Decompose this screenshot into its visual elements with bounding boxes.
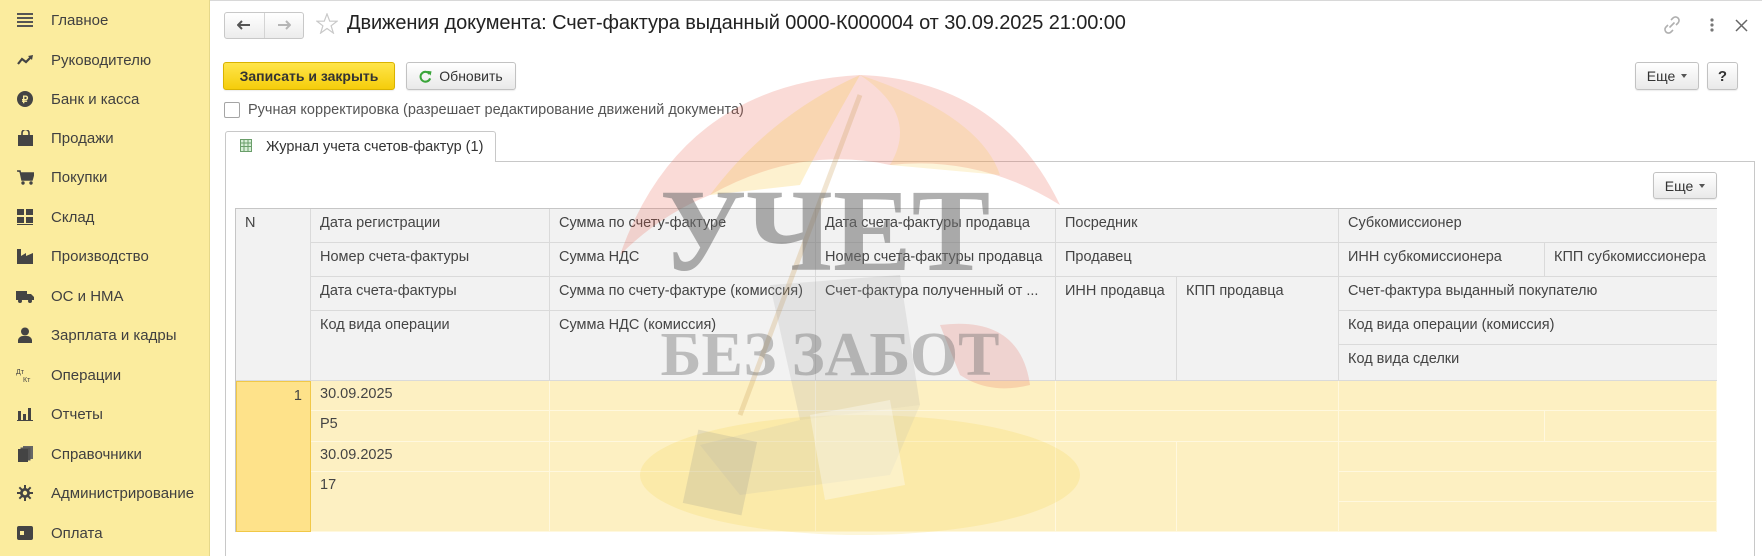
back-button[interactable] bbox=[225, 13, 264, 38]
sidebar-item-administration[interactable]: Администрирование bbox=[0, 474, 209, 512]
favorite-star-icon[interactable] bbox=[316, 13, 338, 38]
cell-subcommissioner-kpp[interactable] bbox=[1545, 411, 1717, 442]
cell-received-invoice[interactable] bbox=[816, 442, 1056, 532]
chevron-down-icon bbox=[1681, 74, 1687, 78]
page-title: Движения документа: Счет-фактура выданны… bbox=[347, 12, 1126, 35]
person-icon bbox=[16, 326, 34, 344]
cart-icon bbox=[16, 168, 34, 186]
cell-invoice-amount-commission[interactable] bbox=[550, 442, 816, 472]
sidebar-item-label: Склад bbox=[51, 209, 94, 226]
cell-registration-date[interactable]: 30.09.2025 bbox=[311, 381, 550, 411]
cell-buyer-invoice[interactable] bbox=[1339, 442, 1717, 472]
svg-text:Дт: Дт bbox=[16, 369, 25, 376]
warehouse-icon bbox=[16, 208, 34, 226]
refresh-button[interactable]: Обновить bbox=[406, 62, 516, 90]
cell-subcommissioner[interactable] bbox=[1339, 381, 1717, 411]
dt-kt-icon: ДтКт bbox=[16, 366, 34, 384]
manual-edit-checkbox[interactable] bbox=[224, 102, 240, 118]
cell-invoice-amount[interactable] bbox=[550, 381, 816, 411]
books-icon bbox=[16, 445, 34, 463]
table-icon bbox=[240, 139, 252, 156]
header-registration-date[interactable]: Дата регистрации bbox=[311, 209, 550, 243]
sidebar-item-label: Справочники bbox=[51, 446, 142, 463]
wallet-icon bbox=[16, 524, 34, 542]
header-n[interactable]: N bbox=[236, 209, 311, 381]
gear-icon bbox=[16, 484, 34, 502]
trend-icon bbox=[16, 51, 34, 69]
close-icon[interactable] bbox=[1733, 15, 1749, 35]
cell-invoice-number[interactable]: Р5 bbox=[311, 411, 550, 442]
sidebar-item-label: Зарплата и кадры bbox=[51, 327, 177, 344]
header-buyer-invoice[interactable]: Счет-фактура выданный покупателю bbox=[1339, 277, 1717, 311]
sidebar-item-operations[interactable]: ДтКт Операции bbox=[0, 356, 209, 394]
factory-icon bbox=[16, 247, 34, 265]
sidebar-item-label: Банк и касса bbox=[51, 91, 139, 108]
menu-icon bbox=[16, 11, 34, 29]
sidebar-item-label: Покупки bbox=[51, 169, 107, 186]
shopping-bag-icon bbox=[16, 129, 34, 147]
more-vertical-icon[interactable] bbox=[1706, 15, 1718, 35]
header-operation-code-commission[interactable]: Код вида операции (комиссия) bbox=[1339, 311, 1717, 345]
cell-operation-code[interactable]: 17 bbox=[311, 472, 550, 532]
header-seller-kpp[interactable]: КПП продавца bbox=[1177, 277, 1339, 381]
row-number-cell[interactable]: 1 bbox=[236, 381, 311, 532]
ruble-icon: ₽ bbox=[16, 90, 34, 108]
cell-seller-inn[interactable] bbox=[1056, 442, 1177, 532]
svg-text:₽: ₽ bbox=[22, 95, 29, 106]
more-button[interactable]: Еще bbox=[1635, 62, 1699, 90]
header-invoice-date[interactable]: Дата счета-фактуры bbox=[311, 277, 550, 311]
sidebar: Главное Руководителю ₽ Банк и касса Прод… bbox=[0, 0, 210, 556]
header-intermediary[interactable]: Посредник bbox=[1056, 209, 1339, 243]
sidebar-item-label: Операции bbox=[51, 367, 121, 384]
sidebar-item-label: Руководителю bbox=[51, 52, 151, 69]
header-seller-invoice-date[interactable]: Дата счета-фактуры продавца bbox=[816, 209, 1056, 243]
sidebar-item-director[interactable]: Руководителю bbox=[0, 41, 209, 79]
cell-seller[interactable] bbox=[1056, 411, 1339, 442]
manual-edit-checkbox-row[interactable]: Ручная корректировка (разрешает редактир… bbox=[224, 102, 744, 118]
sidebar-item-label: Администрирование bbox=[51, 485, 194, 502]
header-subcommissioner-inn[interactable]: ИНН субкомиссионера bbox=[1339, 243, 1545, 277]
chevron-down-icon bbox=[1699, 184, 1705, 188]
header-subcommissioner[interactable]: Субкомиссионер bbox=[1339, 209, 1717, 243]
sidebar-item-main[interactable]: Главное bbox=[0, 1, 209, 39]
sidebar-item-reports[interactable]: Отчеты bbox=[0, 395, 209, 433]
sidebar-item-directories[interactable]: Справочники bbox=[0, 435, 209, 473]
sidebar-item-label: Оплата bbox=[51, 525, 103, 542]
header-invoice-amount-commission[interactable]: Сумма по счету-фактуре (комиссия) bbox=[550, 277, 816, 311]
header-vat-amount[interactable]: Сумма НДС bbox=[550, 243, 816, 277]
cell-vat-amount[interactable] bbox=[550, 411, 816, 442]
header-operation-code[interactable]: Код вида операции bbox=[311, 311, 550, 381]
sidebar-item-label: Главное bbox=[51, 12, 108, 29]
refresh-label: Обновить bbox=[439, 68, 502, 84]
header-received-invoice[interactable]: Счет-фактура полученный от ... bbox=[816, 277, 1056, 381]
sidebar-item-bank[interactable]: ₽ Банк и касса bbox=[0, 80, 209, 118]
help-button[interactable]: ? bbox=[1707, 62, 1738, 90]
tab-label: Журнал учета счетов-фактур (1) bbox=[266, 139, 483, 155]
header-deal-code[interactable]: Код вида сделки bbox=[1339, 345, 1717, 381]
sidebar-item-label: Производство bbox=[51, 248, 149, 265]
save-and-close-button[interactable]: Записать и закрыть bbox=[223, 62, 395, 90]
header-vat-commission[interactable]: Сумма НДС (комиссия) bbox=[550, 311, 816, 381]
navigation-group bbox=[224, 12, 304, 39]
cell-intermediary[interactable] bbox=[1056, 381, 1339, 411]
sidebar-item-fixed-assets[interactable]: ОС и НМА bbox=[0, 277, 209, 315]
cell-vat-commission[interactable] bbox=[550, 472, 816, 532]
panel-more-button[interactable]: Еще bbox=[1653, 172, 1717, 199]
sidebar-item-production[interactable]: Производство bbox=[0, 237, 209, 275]
cell-invoice-date[interactable]: 30.09.2025 bbox=[311, 442, 550, 472]
header-seller-invoice-number[interactable]: Номер счета-фактуры продавца bbox=[816, 243, 1056, 277]
panel-more-label: Еще bbox=[1665, 178, 1694, 194]
cell-operation-code-commission[interactable] bbox=[1339, 472, 1717, 502]
sidebar-item-sales[interactable]: Продажи bbox=[0, 119, 209, 157]
sidebar-item-salary[interactable]: Зарплата и кадры bbox=[0, 316, 209, 354]
sidebar-item-label: ОС и НМА bbox=[51, 288, 124, 305]
bar-chart-icon bbox=[16, 405, 34, 423]
sidebar-item-payment[interactable]: Оплата bbox=[0, 514, 209, 552]
sidebar-item-label: Продажи bbox=[51, 130, 114, 147]
cell-seller-invoice-date[interactable] bbox=[816, 381, 1056, 411]
cell-seller-kpp[interactable] bbox=[1177, 442, 1339, 532]
cell-seller-invoice-number[interactable] bbox=[816, 411, 1056, 442]
svg-text:Кт: Кт bbox=[23, 377, 31, 383]
header-seller[interactable]: Продавец bbox=[1056, 243, 1339, 277]
header-seller-inn[interactable]: ИНН продавца bbox=[1056, 277, 1177, 381]
header-subcommissioner-kpp[interactable]: КПП субкомиссионера bbox=[1545, 243, 1717, 277]
truck-icon bbox=[16, 287, 34, 305]
header-invoice-number[interactable]: Номер счета-фактуры bbox=[311, 243, 550, 277]
cell-subcommissioner-inn[interactable] bbox=[1339, 411, 1545, 442]
sidebar-item-purchases[interactable]: Покупки bbox=[0, 158, 209, 196]
sidebar-item-warehouse[interactable]: Склад bbox=[0, 198, 209, 236]
forward-button[interactable] bbox=[264, 13, 303, 38]
tab-invoice-journal[interactable]: Журнал учета счетов-фактур (1) bbox=[225, 131, 496, 162]
header-invoice-amount[interactable]: Сумма по счету-фактуре bbox=[550, 209, 816, 243]
manual-edit-label: Ручная корректировка (разрешает редактир… bbox=[248, 102, 744, 118]
register-grid[interactable]: N Дата регистрации Номер счета-фактуры Д… bbox=[235, 208, 1717, 532]
more-label: Еще bbox=[1647, 68, 1676, 84]
refresh-icon bbox=[419, 70, 432, 83]
link-icon[interactable] bbox=[1662, 15, 1682, 35]
sidebar-item-label: Отчеты bbox=[51, 406, 103, 423]
back-arrow-icon bbox=[237, 17, 251, 34]
cell-deal-code[interactable] bbox=[1339, 502, 1717, 532]
forward-arrow-icon bbox=[277, 17, 291, 34]
